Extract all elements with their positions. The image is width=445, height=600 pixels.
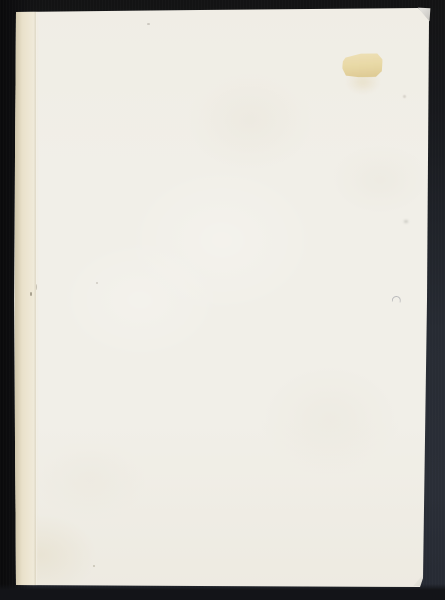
photo-of-book [0,0,445,600]
book-cover [0,0,445,600]
cover-edge-shading [0,0,445,600]
